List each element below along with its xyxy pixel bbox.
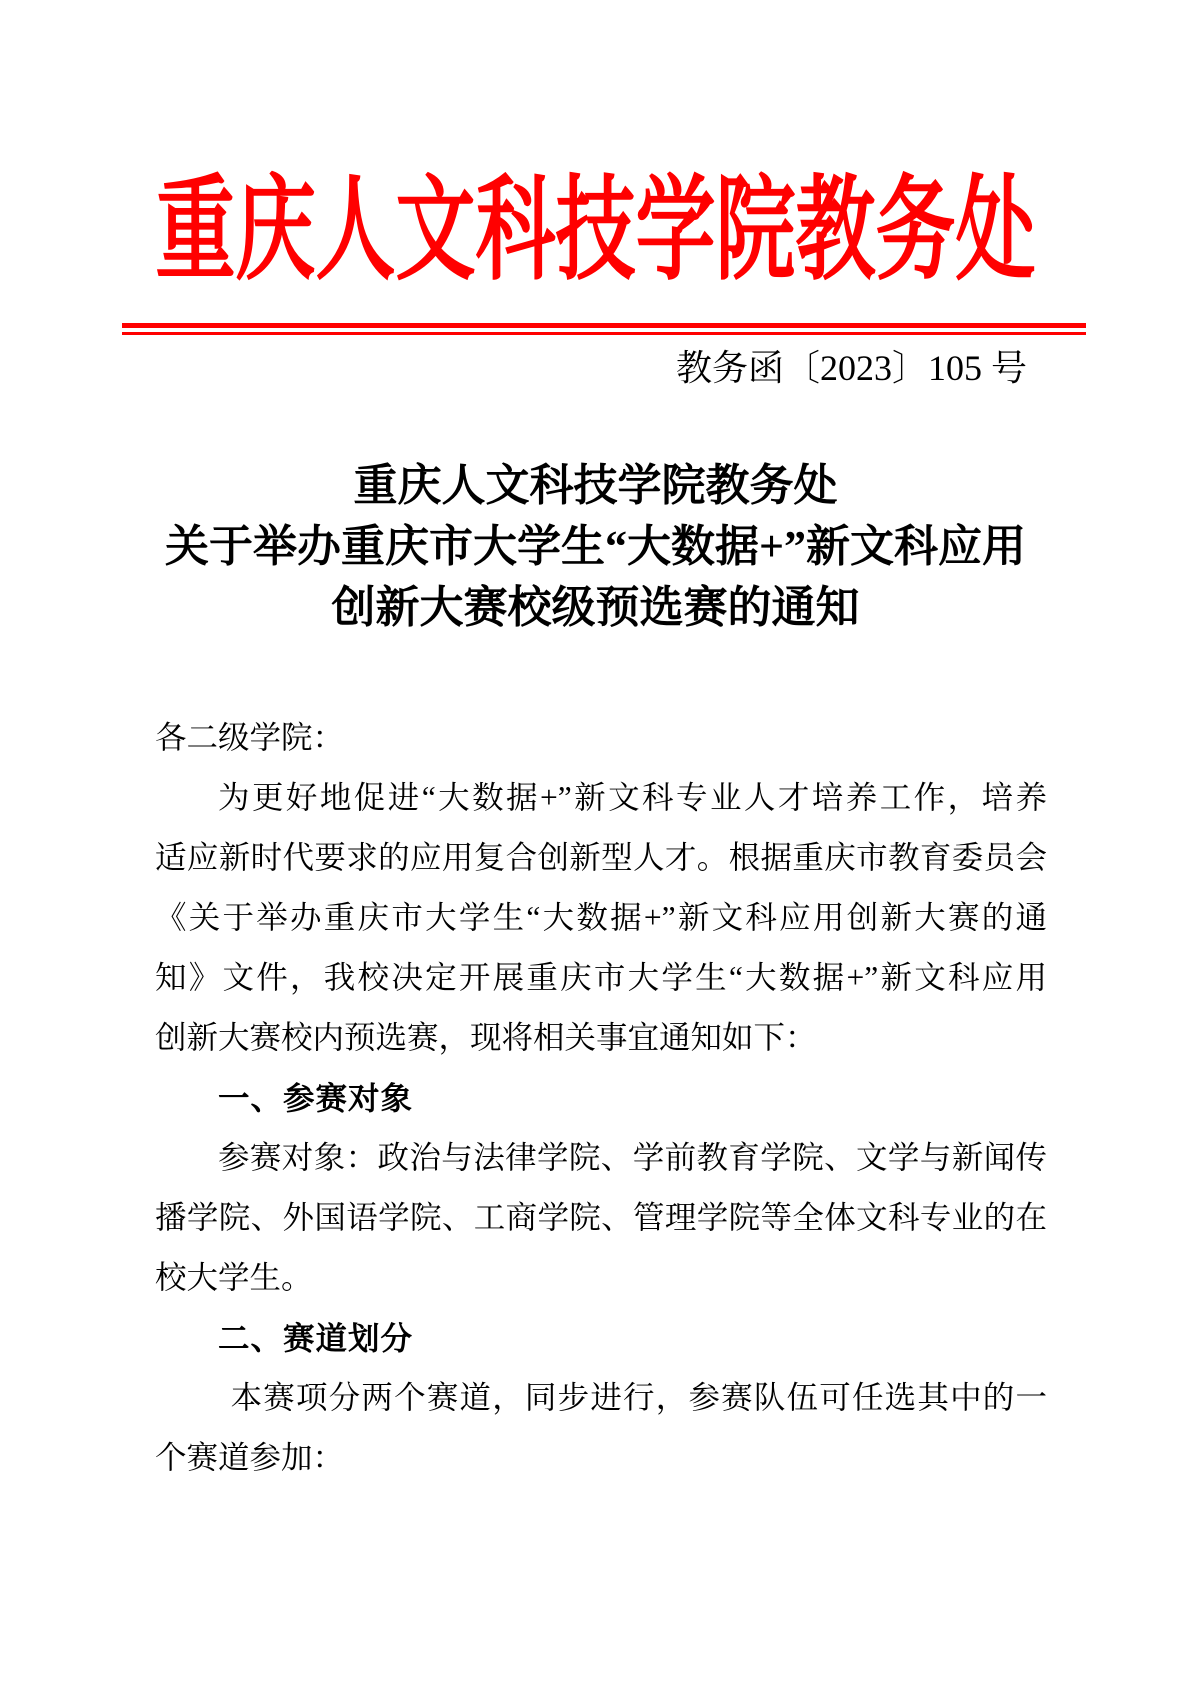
salutation-line: 各二级学院： bbox=[155, 708, 1047, 768]
section-heading-1: 一、参赛对象 bbox=[155, 1068, 1047, 1128]
document-page: 重庆人文科技学院教务处 教务函〔2023〕105 号 重庆人文科技学院教务处 关… bbox=[0, 0, 1191, 1684]
paragraph-line: 知》文件，我校决定开展重庆市大学生“大数据+”新文科应用 bbox=[155, 948, 1047, 1008]
paragraph-line: 为更好地促进“大数据+”新文科专业人才培养工作，培养 bbox=[155, 768, 1047, 828]
document-title-line-3: 创新大赛校级预选赛的通知 bbox=[0, 577, 1191, 638]
paragraph-line: 适应新时代要求的应用复合创新型人才。根据重庆市教育委员会 bbox=[155, 828, 1047, 888]
paragraph-line: 《关于举办重庆市大学生“大数据+”新文科应用创新大赛的通 bbox=[155, 888, 1047, 948]
paragraph-line: 个赛道参加： bbox=[155, 1428, 1047, 1488]
document-title-line-2: 关于举办重庆市大学生“大数据+”新文科应用 bbox=[0, 516, 1191, 577]
paragraph-line: 播学院、外国语学院、工商学院、管理学院等全体文科专业的在 bbox=[155, 1188, 1047, 1248]
paragraph-line: 本赛项分两个赛道，同步进行，参赛队伍可任选其中的一 bbox=[155, 1368, 1047, 1428]
letterhead: 重庆人文科技学院教务处 bbox=[0, 182, 1191, 282]
red-rule-thin-line bbox=[122, 332, 1086, 335]
document-title: 重庆人文科技学院教务处 关于举办重庆市大学生“大数据+”新文科应用 创新大赛校级… bbox=[0, 455, 1191, 638]
paragraph-line: 参赛对象：政治与法律学院、学前教育学院、文学与新闻传 bbox=[155, 1128, 1047, 1188]
red-separator-rule bbox=[122, 323, 1086, 335]
paragraph-line: 创新大赛校内预选赛，现将相关事宜通知如下： bbox=[155, 1008, 1047, 1068]
section-heading-2: 二、赛道划分 bbox=[155, 1308, 1047, 1368]
document-title-line-1: 重庆人文科技学院教务处 bbox=[0, 455, 1191, 516]
letterhead-title: 重庆人文科技学院教务处 bbox=[156, 161, 1036, 303]
paragraph-line: 校大学生。 bbox=[155, 1248, 1047, 1308]
doc-reference-number: 教务函〔2023〕105 号 bbox=[676, 346, 1027, 390]
document-body: 各二级学院： 为更好地促进“大数据+”新文科专业人才培养工作，培养 适应新时代要… bbox=[155, 708, 1047, 1488]
